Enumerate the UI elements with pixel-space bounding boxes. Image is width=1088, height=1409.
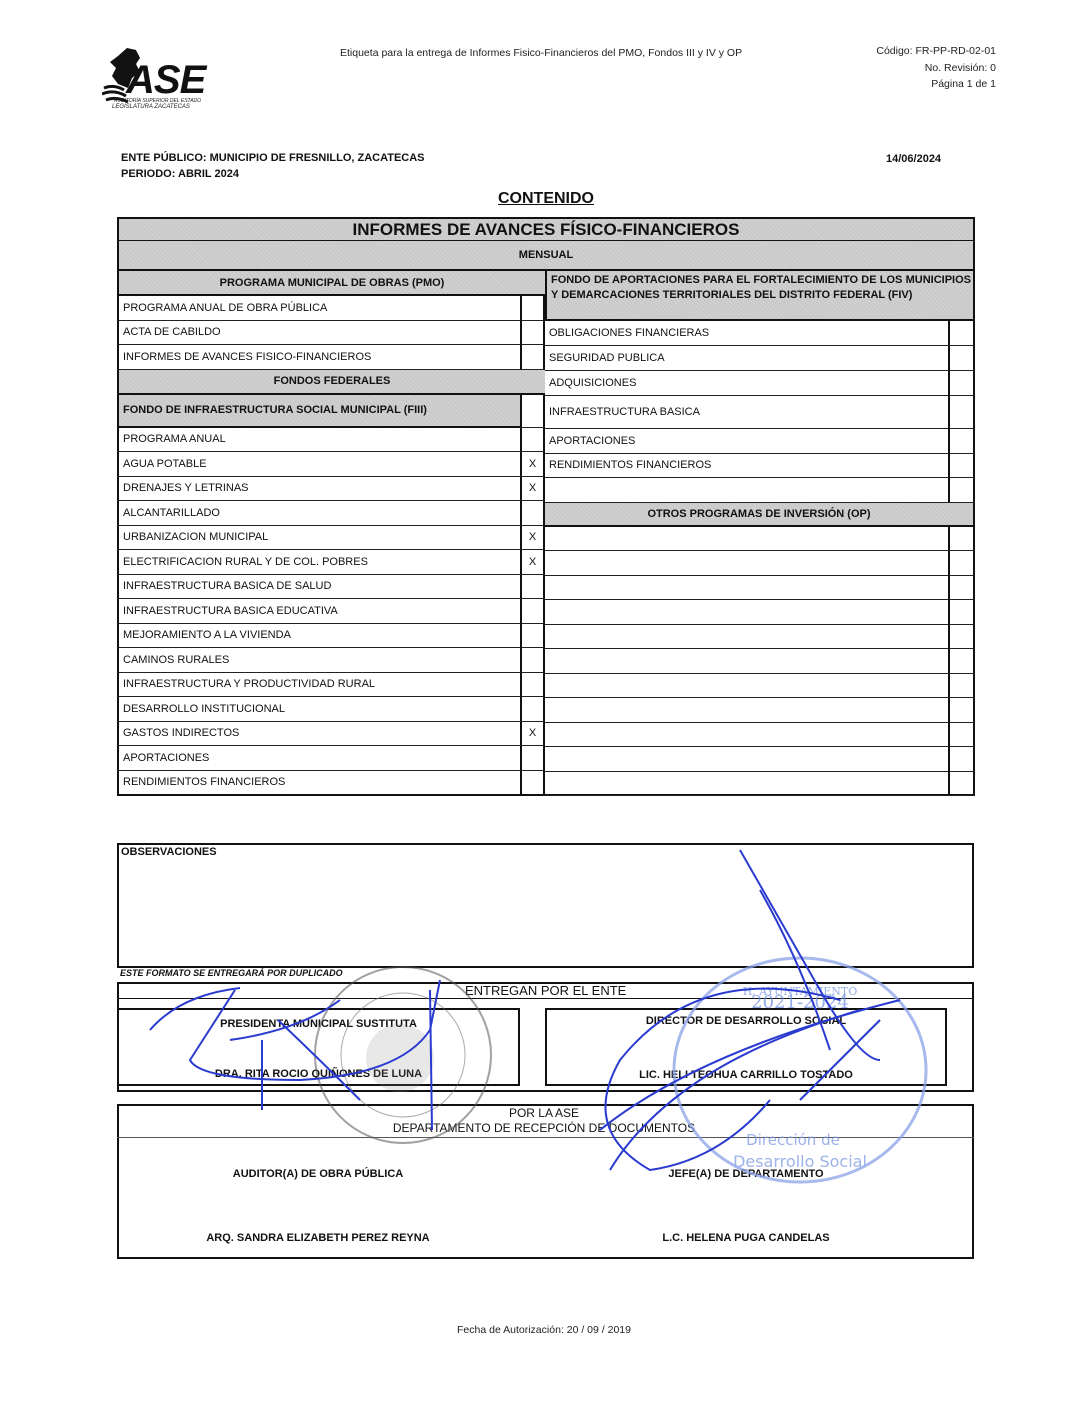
ase-department: DEPARTAMENTO DE RECEPCIÓN DE DOCUMENTOS [0, 1121, 1088, 1135]
fiii-item: MEJORAMIENTO A LA VIVIENDA [117, 624, 520, 649]
frequency-label: MENSUAL [117, 241, 975, 271]
authorization-date: Fecha de Autorización: 20 / 09 / 2019 [0, 1324, 1088, 1336]
op-item[interactable] [545, 674, 948, 699]
fiii-item: AGUA POTABLE [117, 452, 520, 477]
fiii-checkbox[interactable] [520, 395, 545, 428]
document-code: Código: FR-PP-RD-02-01 [876, 45, 996, 57]
fiv-checkbox[interactable] [948, 454, 975, 479]
op-heading: OTROS PROGRAMAS DE INVERSIÓN (OP) [545, 503, 975, 527]
op-item[interactable] [545, 747, 948, 772]
op-checkbox[interactable] [948, 600, 975, 625]
op-checkbox[interactable] [948, 625, 975, 650]
op-item[interactable] [545, 551, 948, 576]
op-item[interactable] [545, 600, 948, 625]
fiv-checkbox[interactable] [948, 478, 975, 503]
op-checkbox[interactable] [948, 551, 975, 576]
entregan-title: ENTREGAN POR EL ENTE [465, 983, 626, 998]
fiv-item: APORTACIONES [545, 429, 948, 454]
divider [117, 1137, 974, 1138]
fiii-heading: FONDO DE INFRAESTRUCTURA SOCIAL MUNICIPA… [117, 395, 520, 428]
fiii-item: PROGRAMA ANUAL [117, 428, 520, 453]
op-item[interactable] [545, 698, 948, 723]
observaciones-label: OBSERVACIONES [121, 846, 217, 858]
signature-box-director: DIRECTOR DE DESARROLLO SOCIAL LIC. HELI … [545, 1008, 947, 1086]
auditor-name: ARQ. SANDRA ELIZABETH PEREZ REYNA [168, 1232, 468, 1244]
pmo-item: INFORMES DE AVANCES FISICO-FINANCIEROS [117, 345, 520, 370]
fiii-checkbox[interactable]: X [520, 477, 545, 502]
table-title: INFORMES DE AVANCES FÍSICO-FINANCIEROS [117, 217, 975, 242]
op-checkbox[interactable] [948, 723, 975, 748]
fiii-checkbox[interactable] [520, 624, 545, 649]
fiv-checkbox[interactable] [948, 321, 975, 346]
fiii-checkbox[interactable]: X [520, 722, 545, 747]
document-date: 14/06/2024 [886, 153, 941, 165]
op-item[interactable] [545, 649, 948, 674]
logo-text: ASE [126, 58, 205, 103]
fiv-item: SEGURIDAD PUBLICA [545, 346, 948, 371]
logo-subtitle-2: LEGISLATURA ZACATECAS [112, 104, 190, 110]
pmo-item: PROGRAMA ANUAL DE OBRA PÚBLICA [117, 296, 520, 321]
signer-name: LIC. HELI TEOHUA CARRILLO TOSTADO [547, 1069, 945, 1081]
fiii-checkbox[interactable] [520, 697, 545, 722]
pmo-item: ACTA DE CABILDO [117, 321, 520, 346]
fiv-heading: FONDO DE APORTACIONES PARA EL FORTALECIM… [545, 271, 975, 321]
op-item[interactable] [545, 772, 948, 797]
signer-role: PRESIDENTA MUNICIPAL SUSTITUTA [119, 1018, 518, 1030]
fiii-item: CAMINOS RURALES [117, 648, 520, 673]
fiii-item: RENDIMIENTOS FINANCIEROS [117, 771, 520, 796]
fiii-item: DRENAJES Y LETRINAS [117, 477, 520, 502]
fiii-item: INFRAESTRUCTURA BASICA EDUCATIVA [117, 599, 520, 624]
divider [117, 998, 974, 999]
fiii-checkbox[interactable] [520, 673, 545, 698]
op-item[interactable] [545, 527, 948, 552]
fondos-federales-heading: FONDOS FEDERALES [117, 370, 545, 395]
pmo-checkbox[interactable] [520, 321, 545, 346]
fiii-checkbox[interactable]: X [520, 452, 545, 477]
fiv-item: INFRAESTRUCTURA BASICA [545, 396, 948, 429]
periodo: PERIODO: ABRIL 2024 [121, 168, 239, 180]
fiii-item: ELECTRIFICACION RURAL Y DE COL. POBRES [117, 550, 520, 575]
pmo-checkbox[interactable] [520, 296, 545, 321]
fiii-item: URBANIZACION MUNICIPAL [117, 526, 520, 551]
fiii-checkbox[interactable] [520, 575, 545, 600]
fiii-item: DESARROLLO INSTITUCIONAL [117, 697, 520, 722]
pmo-heading: PROGRAMA MUNICIPAL DE OBRAS (PMO) [117, 271, 545, 296]
fiv-checkbox[interactable] [948, 396, 975, 429]
fiv-item: ADQUISICIONES [545, 371, 948, 396]
auditor-role: AUDITOR(A) DE OBRA PÚBLICA [168, 1168, 468, 1180]
fiii-item: APORTACIONES [117, 746, 520, 771]
pmo-checkbox[interactable] [520, 345, 545, 370]
op-item[interactable] [545, 625, 948, 650]
op-checkbox[interactable] [948, 747, 975, 772]
op-checkbox[interactable] [948, 674, 975, 699]
fiii-checkbox[interactable] [520, 599, 545, 624]
op-checkbox[interactable] [948, 698, 975, 723]
fiii-checkbox[interactable] [520, 648, 545, 673]
ente-publico: ENTE PÚBLICO: MUNICIPIO DE FRESNILLO, ZA… [121, 152, 425, 164]
duplicate-note: ESTE FORMATO SE ENTREGARÁ POR DUPLICADO [120, 968, 343, 978]
fiii-item: ALCANTARILLADO [117, 501, 520, 526]
op-item[interactable] [545, 576, 948, 601]
fiv-checkbox[interactable] [948, 429, 975, 454]
fiv-item [545, 478, 948, 503]
fiii-checkbox[interactable]: X [520, 526, 545, 551]
op-checkbox[interactable] [948, 649, 975, 674]
signer-name: DRA. RITA ROCIO QUIÑONES DE LUNA [119, 1068, 518, 1080]
section-title: CONTENIDO [0, 190, 1088, 208]
fiii-checkbox[interactable] [520, 771, 545, 796]
jefe-name: L.C. HELENA PUGA CANDELAS [596, 1232, 896, 1244]
observaciones-box[interactable] [117, 843, 974, 968]
fiii-item: GASTOS INDIRECTOS [117, 722, 520, 747]
signer-role: DIRECTOR DE DESARROLLO SOCIAL [547, 1015, 945, 1027]
document-label: Etiqueta para la entrega de Informes Fis… [340, 47, 742, 59]
fiii-checkbox[interactable] [520, 428, 545, 453]
fiv-checkbox[interactable] [948, 371, 975, 396]
fiii-checkbox[interactable] [520, 746, 545, 771]
fiii-checkbox[interactable] [520, 501, 545, 526]
jefe-role: JEFE(A) DE DEPARTAMENTO [596, 1168, 896, 1180]
fiii-item: INFRAESTRUCTURA BASICA DE SALUD [117, 575, 520, 600]
fiv-checkbox[interactable] [948, 346, 975, 371]
signature-box-presidenta: PRESIDENTA MUNICIPAL SUSTITUTA DRA. RITA… [117, 1008, 520, 1086]
op-checkbox[interactable] [948, 772, 975, 797]
fiv-item: RENDIMIENTOS FINANCIEROS [545, 454, 948, 479]
revision-number: No. Revisión: 0 [925, 62, 996, 74]
page-number: Página 1 de 1 [931, 78, 996, 90]
fiii-checkbox[interactable]: X [520, 550, 545, 575]
op-checkbox[interactable] [948, 527, 975, 552]
ase-title: POR LA ASE [0, 1106, 1088, 1120]
fiv-item: OBLIGACIONES FINANCIERAS [545, 321, 948, 346]
op-item[interactable] [545, 723, 948, 748]
fiii-item: INFRAESTRUCTURA Y PRODUCTIVIDAD RURAL [117, 673, 520, 698]
op-checkbox[interactable] [948, 576, 975, 601]
